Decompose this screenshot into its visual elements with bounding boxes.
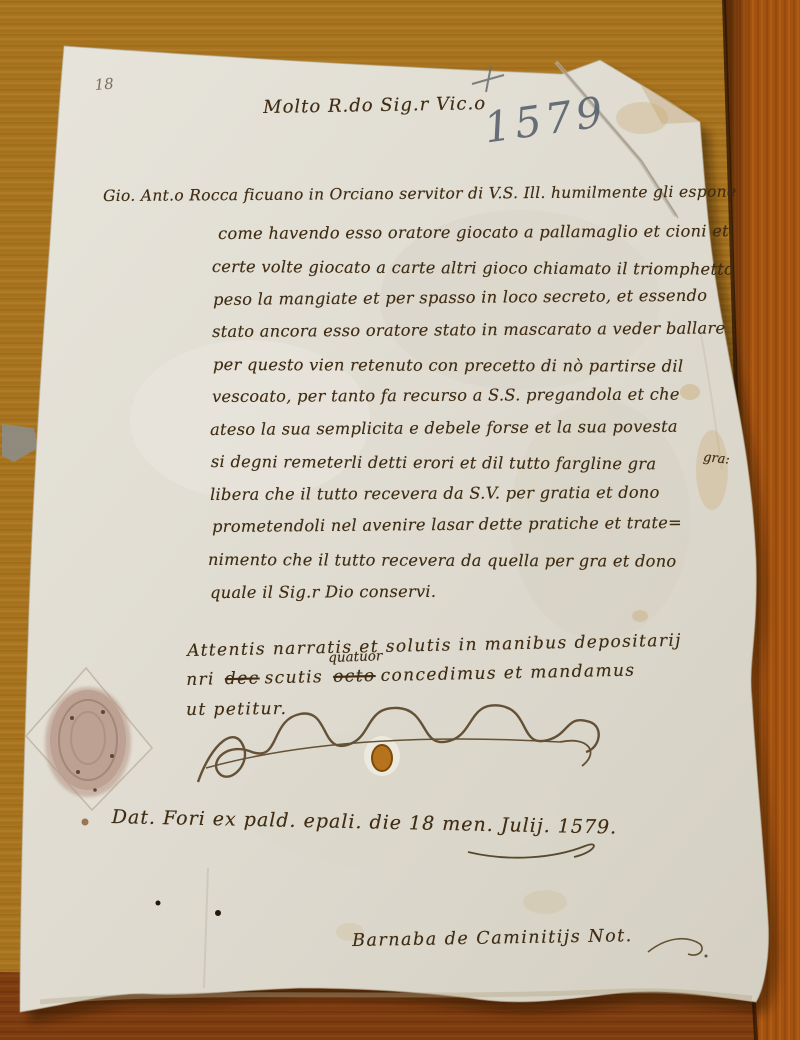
latin-segment: scutis	[264, 667, 323, 688]
inserted-word: quatuor	[328, 648, 383, 666]
manuscript-photo: 18 Molto R.do Sig.r Vic.o 1579 Gio. Ant.…	[0, 0, 800, 1040]
salutation: Molto R.do Sig.r Vic.o	[263, 93, 486, 118]
struck-word: octo	[333, 666, 376, 687]
body-line: ateso la sua semplicita e debele forse e…	[210, 417, 678, 439]
body-line: per questo vien retenuto con precetto di…	[213, 355, 683, 376]
body-line: quale il Sig.r Dio conservi.	[210, 582, 436, 602]
body-line: stato ancora esso oratore stato in masca…	[212, 318, 725, 341]
body-line: vescoato, per tanto fa recurso a S.S. pr…	[212, 385, 680, 406]
margin-note: gra:	[702, 450, 730, 468]
body-line: libera che il tutto recevera da S.V. per…	[210, 483, 660, 504]
body-line: come havendo esso oratore giocato a pall…	[218, 221, 729, 243]
latin-line: ut petitur.	[186, 699, 287, 720]
body-line: si degni remeterli detti erori et dil tu…	[211, 452, 656, 473]
struck-word: dec	[225, 668, 260, 689]
latin-segment: nri	[186, 669, 215, 690]
body-line: certe volte giocato a carte altri gioco …	[212, 257, 734, 279]
body-line: nimento che il tutto recevera da quella …	[208, 550, 677, 571]
archive-number: 18	[94, 75, 114, 94]
